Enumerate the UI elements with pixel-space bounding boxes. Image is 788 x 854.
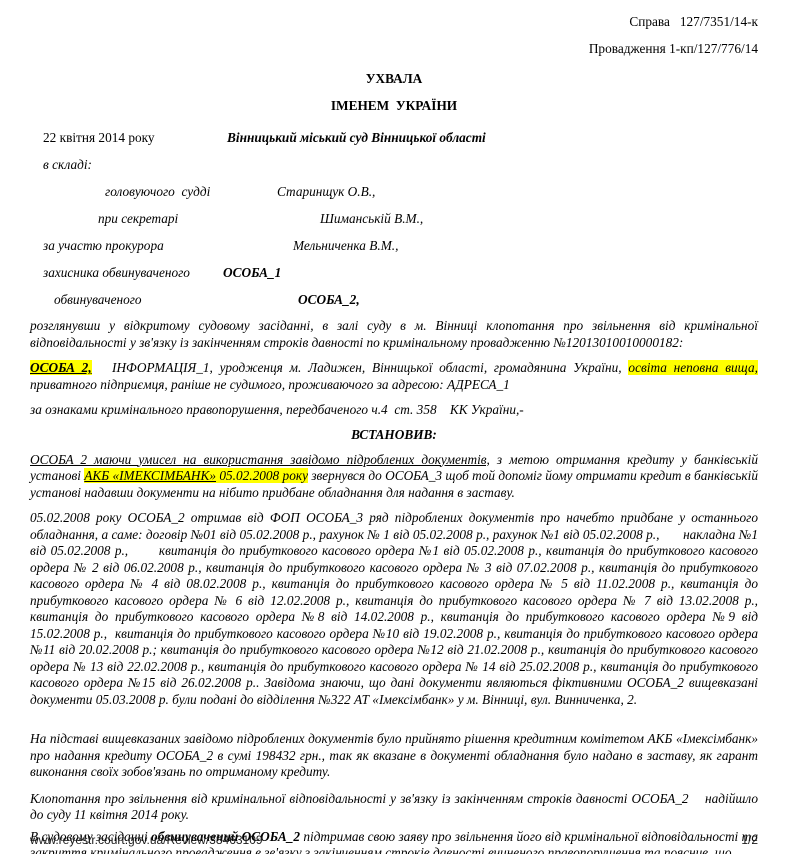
- proceeding-number-line: Провадження 1-кп/127/776/14: [30, 40, 758, 57]
- intent-underlined-text: ОСОБА_2 маючи умисел на використання зав…: [30, 452, 490, 467]
- date-court-row: 22 квітня 2014 року Вінницький міський с…: [30, 129, 758, 146]
- composition-label: захисника обвинуваченого: [43, 264, 190, 281]
- composition-intro: в складі:: [43, 156, 92, 173]
- in-the-name-of-ukraine-title: ІМЕНЕМ УКРАЇНИ: [30, 97, 758, 114]
- paragraph-documents-list: 05.02.2008 року ОСОБА_2 отримав від ФОП …: [30, 510, 758, 708]
- composition-row-prosecutor: за участю прокурора Мельниченка В.М.,: [30, 237, 758, 254]
- accused-info-text: ІНФОРМАЦІЯ_1, уродженця м. Ладижен, Вінн…: [92, 360, 629, 375]
- paragraph-considered: розглянувши у відкритому судовому засіда…: [30, 318, 758, 351]
- print-footer: www.reyestr.court.gov.ua/Review/38463109…: [30, 833, 758, 847]
- ruling-title: УХВАЛА: [30, 70, 758, 87]
- bank-name-highlight: АКБ «ІМЕКСІМБАНК»: [84, 468, 216, 483]
- established-heading: ВСТАНОВИВ:: [30, 426, 758, 443]
- accused-name-highlight: ОСОБА_2,: [30, 360, 92, 375]
- accused-name: ОСОБА_2,: [298, 291, 360, 308]
- case-number-line: Справа 127/7351/14-к: [30, 13, 758, 30]
- judge-name: Старинщук О.В.,: [277, 183, 375, 200]
- prosecutor-name: Мельниченка В.М.,: [293, 237, 398, 254]
- paragraph-credit-decision: На підставі вищевказаних завідомо підроб…: [30, 731, 758, 781]
- composition-row-defender: захисника обвинуваченого ОСОБА_1: [30, 264, 758, 281]
- composition-row-secretary: при секретарі Шиманській В.М.,: [30, 210, 758, 227]
- paragraph-offense: за ознаками кримінального правопорушення…: [30, 402, 758, 419]
- court-ruling-document: Справа 127/7351/14-к Провадження 1-кп/12…: [0, 0, 788, 854]
- accused-info-text-2: приватного підприємця, раніше не судимог…: [30, 377, 510, 392]
- paragraph-petition-received: Клопотання про звільнення від кримінальн…: [30, 791, 758, 824]
- paragraph-accused-info: ОСОБА_2, ІНФОРМАЦІЯ_1, уродженця м. Лади…: [30, 360, 758, 393]
- defender-name: ОСОБА_1: [223, 264, 281, 281]
- composition-intro-row: в складі:: [30, 156, 758, 173]
- composition-label: при секретарі: [98, 210, 178, 227]
- ruling-date: 22 квітня 2014 року: [43, 129, 155, 146]
- composition-row-accused: обвинуваченого ОСОБА_2,: [30, 291, 758, 308]
- composition-row-judge: головуючого судді Старинщук О.В.,: [30, 183, 758, 200]
- composition-label: обвинуваченого: [54, 291, 142, 308]
- page-number: 1/2: [741, 833, 758, 847]
- date-highlight: 05.02.2008 року: [216, 468, 308, 483]
- secretary-name: Шиманській В.М.,: [320, 210, 423, 227]
- composition-label: головуючого судді: [105, 183, 210, 200]
- composition-label: за участю прокурора: [43, 237, 164, 254]
- source-url: www.reyestr.court.gov.ua/Review/38463109: [30, 833, 263, 847]
- paragraph-intent: ОСОБА_2 маючи умисел на використання зав…: [30, 452, 758, 502]
- education-highlight: освіта неповна вища,: [628, 360, 758, 375]
- court-name: Вінницький міський суд Вінницької област…: [227, 129, 486, 146]
